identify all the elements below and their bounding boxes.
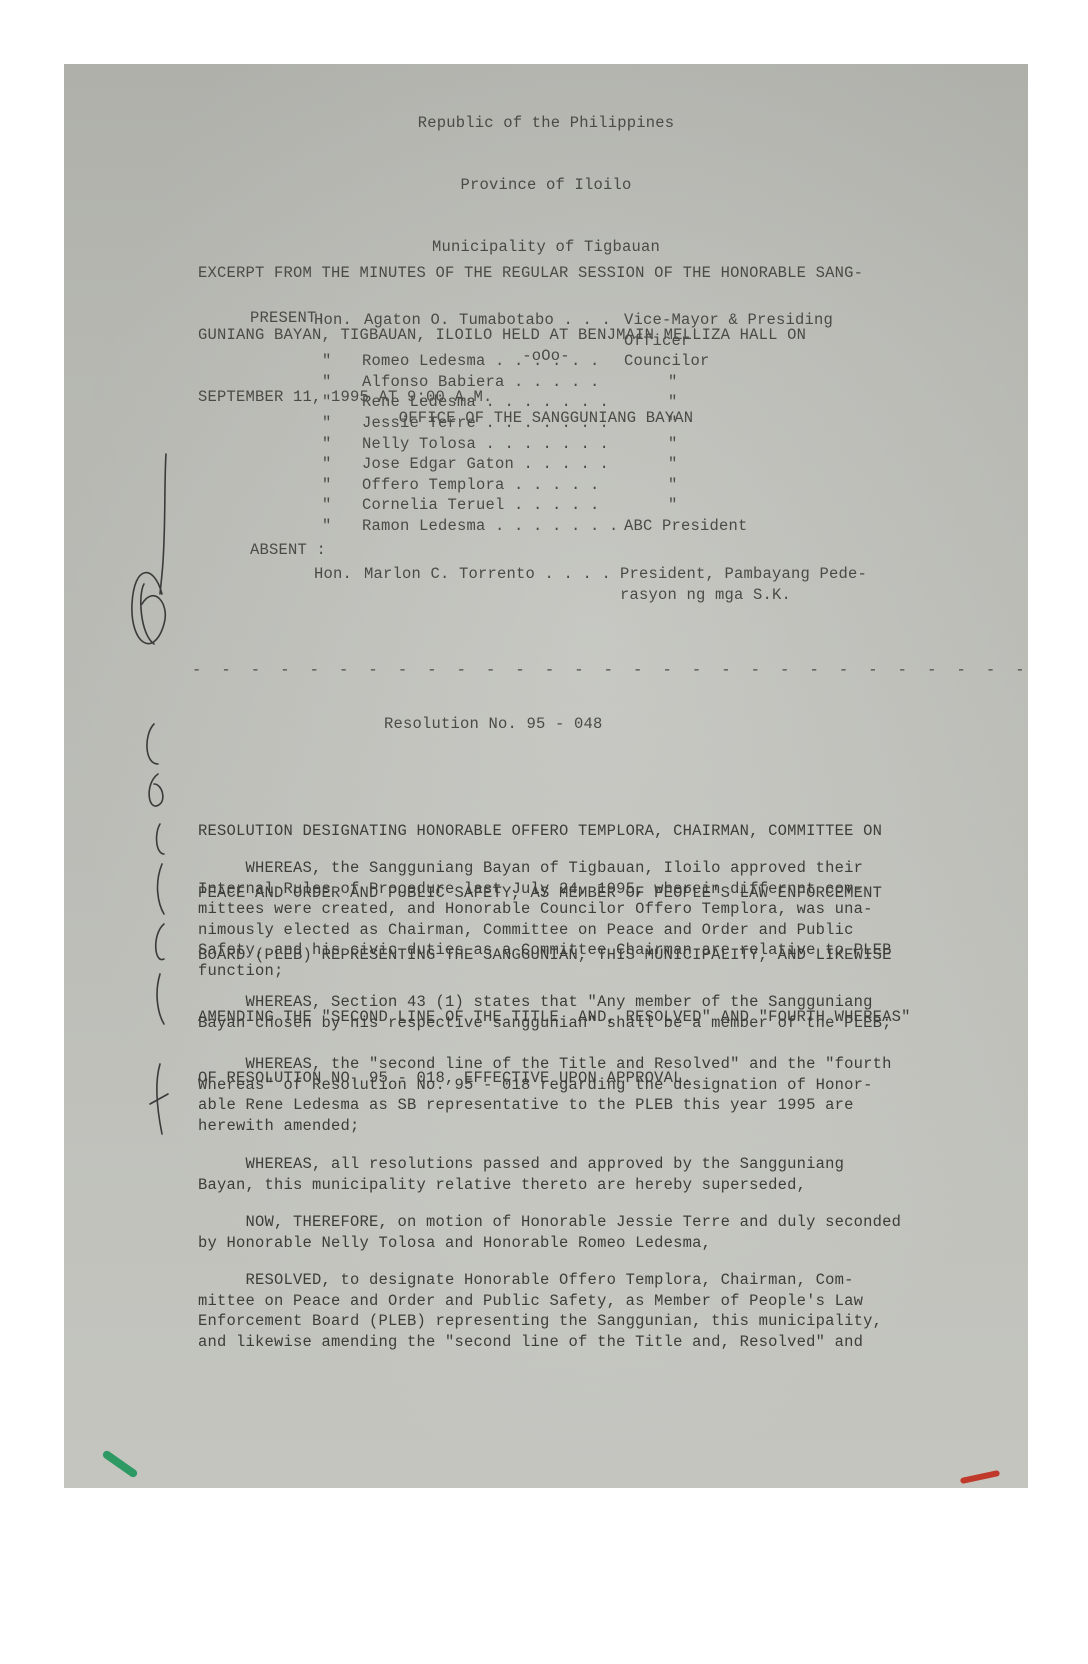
attendee-name: Nelly Tolosa . . . . . . . — [362, 434, 609, 455]
attendee-name: Jessie Terre . . . . . . . — [362, 413, 609, 434]
attendee-position: Councilor — [624, 351, 710, 372]
paragraph-line: herewith amended; — [198, 1116, 892, 1137]
attendee-prefix: " — [322, 351, 332, 372]
resolution-paragraph: WHEREAS, Section 43 (1) states that "Any… — [198, 992, 892, 1033]
paragraph-line: Whereas" of Resolution No. 95 - 018 rega… — [198, 1075, 892, 1096]
attendee-prefix: " — [322, 392, 332, 413]
paragraph-line: function; — [198, 961, 892, 982]
resolution-paragraph: NOW, THEREFORE, on motion of Honorable J… — [198, 1212, 901, 1253]
document-page: Republic of the Philippines Province of … — [64, 64, 1028, 1488]
paragraph-line: WHEREAS, the "second line of the Title a… — [198, 1054, 892, 1075]
absentee-name: Marlon C. Torrento . . . . — [364, 564, 611, 585]
paragraph-line: nimously elected as Chairman, Committee … — [198, 920, 892, 941]
attendee-name: Rene Ledesma . . . . . . . — [362, 392, 609, 413]
letterhead-republic: Republic of the Philippines — [64, 113, 1028, 134]
title-line: RESOLUTION DESIGNATING HONORABLE OFFERO … — [198, 821, 911, 842]
paragraph-line: WHEREAS, the Sangguniang Bayan of Tigbau… — [198, 858, 892, 879]
attendee-prefix: " — [322, 495, 332, 516]
resolution-paragraph: WHEREAS, the Sangguniang Bayan of Tigbau… — [198, 858, 892, 982]
absentee-prefix: Hon. — [314, 564, 352, 585]
attendee-name: Offero Templora . . . . . — [362, 475, 600, 496]
separator-line: - - - - - - - - - - - - - - - - - - - - … — [192, 660, 1028, 681]
attendee-name: Alfonso Babiera . . . . . — [362, 372, 600, 393]
absent-label: ABSENT : — [250, 540, 326, 561]
paragraph-line: WHEREAS, all resolutions passed and appr… — [198, 1154, 844, 1175]
attendee-position: " — [668, 392, 678, 413]
attendee-position: " — [668, 413, 678, 434]
handwritten-signature-icon — [124, 444, 224, 1144]
attendee-name: Romeo Ledesma . . . . . . — [362, 351, 600, 372]
resolution-paragraph: WHEREAS, all resolutions passed and appr… — [198, 1154, 844, 1195]
attendee-position: ABC President — [624, 516, 748, 537]
attendee-name: Jose Edgar Gaton . . . . . — [362, 454, 609, 475]
excerpt-line: EXCERPT FROM THE MINUTES OF THE REGULAR … — [198, 263, 863, 284]
paragraph-line: Safety, and his civic duties as a Commit… — [198, 940, 892, 961]
paragraph-line: mittees were created, and Honorable Coun… — [198, 899, 892, 920]
paragraph-line: able Rene Ledesma as SB representative t… — [198, 1095, 892, 1116]
attendee-prefix: " — [322, 516, 332, 537]
attendee-name: Ramon Ledesma . . . . . . . — [362, 516, 619, 537]
paragraph-line: Bayan chosen by his respective sanggunia… — [198, 1013, 892, 1034]
attendee-name: Agaton O. Tumabotabo . . . — [364, 310, 611, 331]
paragraph-line: by Honorable Nelly Tolosa and Honorable … — [198, 1233, 901, 1254]
paragraph-line: Enforcement Board (PLEB) representing th… — [198, 1311, 882, 1332]
paragraph-line: NOW, THEREFORE, on motion of Honorable J… — [198, 1212, 901, 1233]
resolution-paragraph: WHEREAS, the "second line of the Title a… — [198, 1054, 892, 1136]
paragraph-line: WHEREAS, Section 43 (1) states that "Any… — [198, 992, 892, 1013]
attendee-position: " — [668, 475, 678, 496]
attendee-prefix: " — [322, 454, 332, 475]
attendee-position-cont: Officer — [624, 331, 691, 352]
paragraph-line: RESOLVED, to designate Honorable Offero … — [198, 1270, 882, 1291]
absentee-position-cont: rasyon ng mga S.K. — [620, 585, 791, 606]
attendee-position: " — [668, 372, 678, 393]
attendee-prefix: Hon. — [314, 310, 352, 331]
paragraph-line: and likewise amending the "second line o… — [198, 1332, 882, 1353]
attendee-name: Cornelia Teruel . . . . . — [362, 495, 600, 516]
attendee-prefix: " — [322, 372, 332, 393]
resolution-number: Resolution No. 95 - 048 — [384, 714, 603, 735]
attendee-position: Vice-Mayor & Presiding — [624, 310, 833, 331]
attendee-prefix: " — [322, 434, 332, 455]
attendee-position: " — [668, 434, 678, 455]
attendee-prefix: " — [322, 413, 332, 434]
attendee-prefix: " — [322, 475, 332, 496]
absentee-position: President, Pambayang Pede- — [620, 564, 867, 585]
letterhead-province: Province of Iloilo — [64, 175, 1028, 196]
attendee-position: " — [668, 454, 678, 475]
paragraph-line: Internal Rules of Procedure last July 24… — [198, 879, 892, 900]
resolution-paragraph: RESOLVED, to designate Honorable Offero … — [198, 1270, 882, 1352]
paragraph-line: Bayan, this municipality relative theret… — [198, 1175, 844, 1196]
paragraph-line: mittee on Peace and Order and Public Saf… — [198, 1291, 882, 1312]
attendee-position: " — [668, 495, 678, 516]
